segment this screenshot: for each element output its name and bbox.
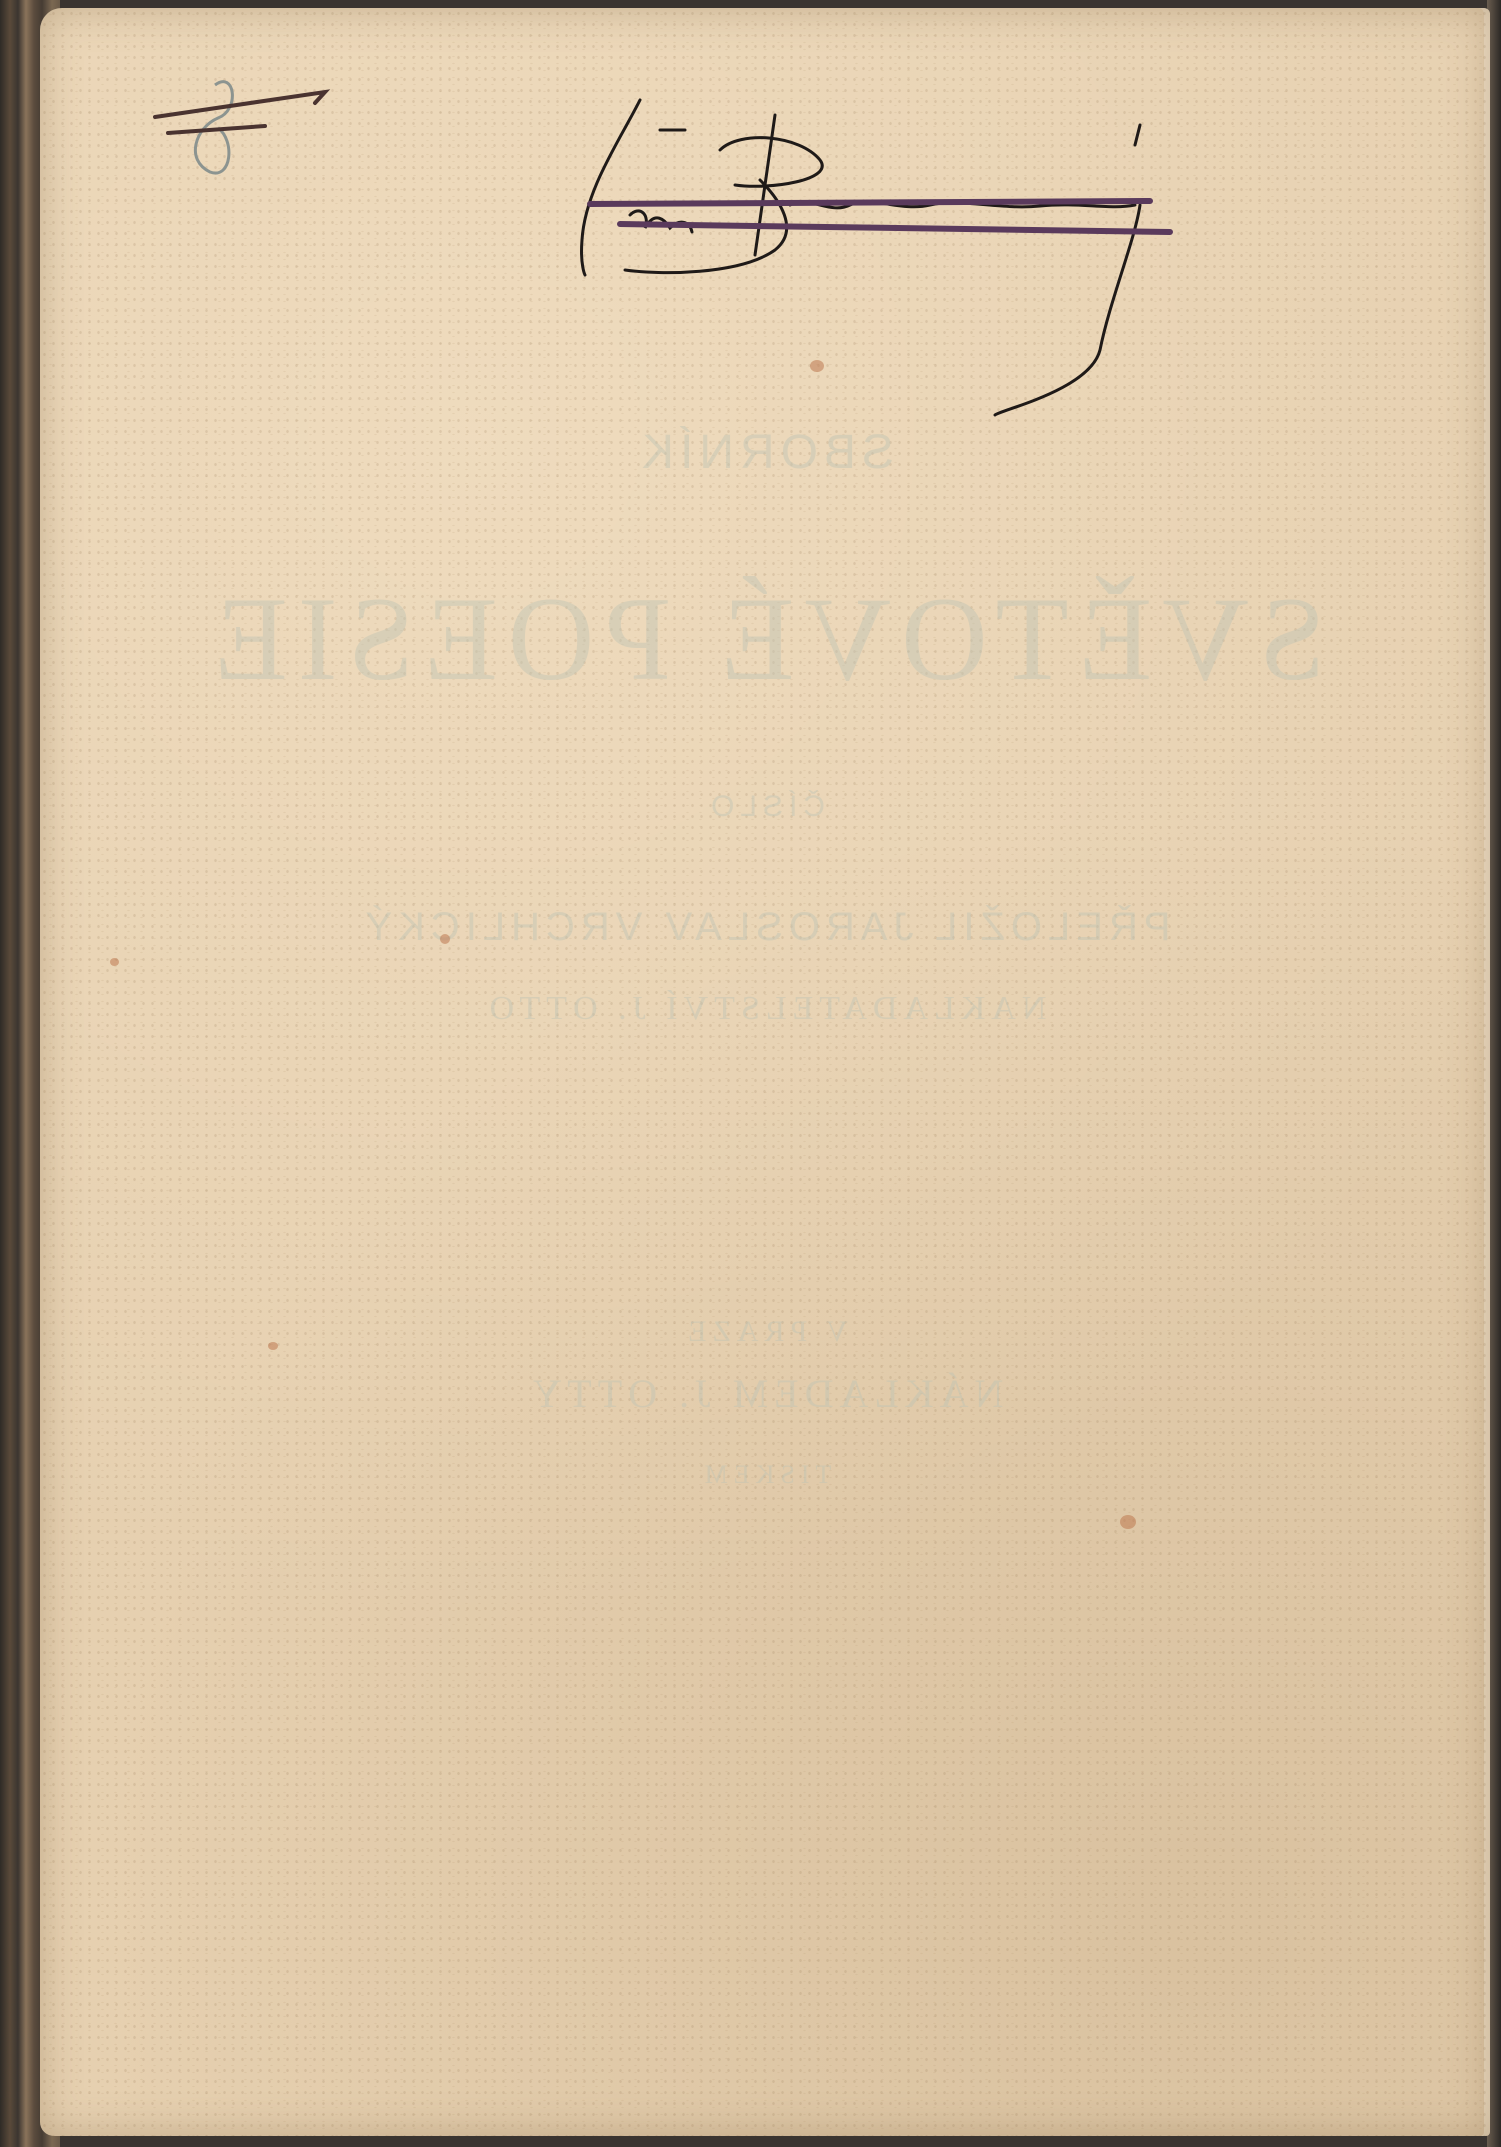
handwriting-layer [0,0,1501,2147]
signature-struck-through [582,100,1140,415]
pencil-numeral-8-mark [155,82,325,173]
